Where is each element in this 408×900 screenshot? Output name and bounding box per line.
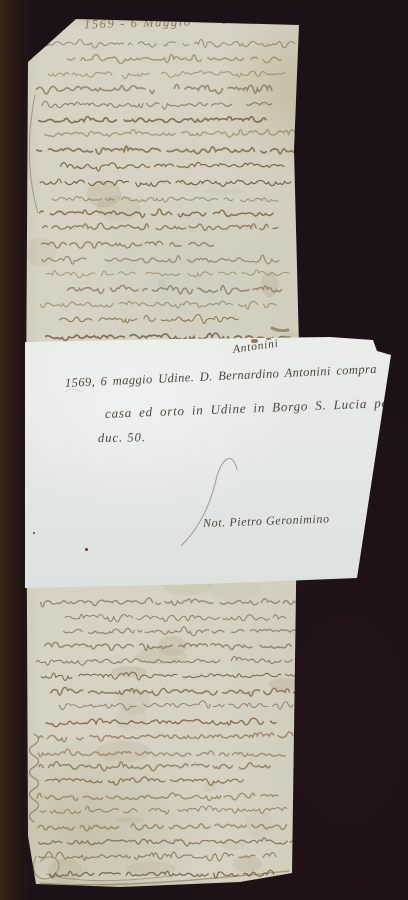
archivist-slip: Antonini 1569, 6 maggio Udine. D. Bernar… [25,334,395,590]
dark-speck [33,532,35,534]
slip-line-1: 1569, 6 maggio Udine. D. Bernardino Anto… [65,362,378,391]
slip-line-3: duc. 50. [98,430,146,446]
glue-stain [251,339,258,343]
slip-line-2: casa ed orto in Udine in Borgo S. Lucia … [105,395,395,422]
red-speck [85,548,88,551]
slip-signature: Not. Pietro Geronimino [203,512,330,531]
archival-scan: 1569 - 6 Maggio N.º 111 Antonini 1569, 6… [0,0,408,900]
document-number: N.º 111 [221,5,282,28]
page-title: 1569 - 6 Maggio [84,15,192,33]
